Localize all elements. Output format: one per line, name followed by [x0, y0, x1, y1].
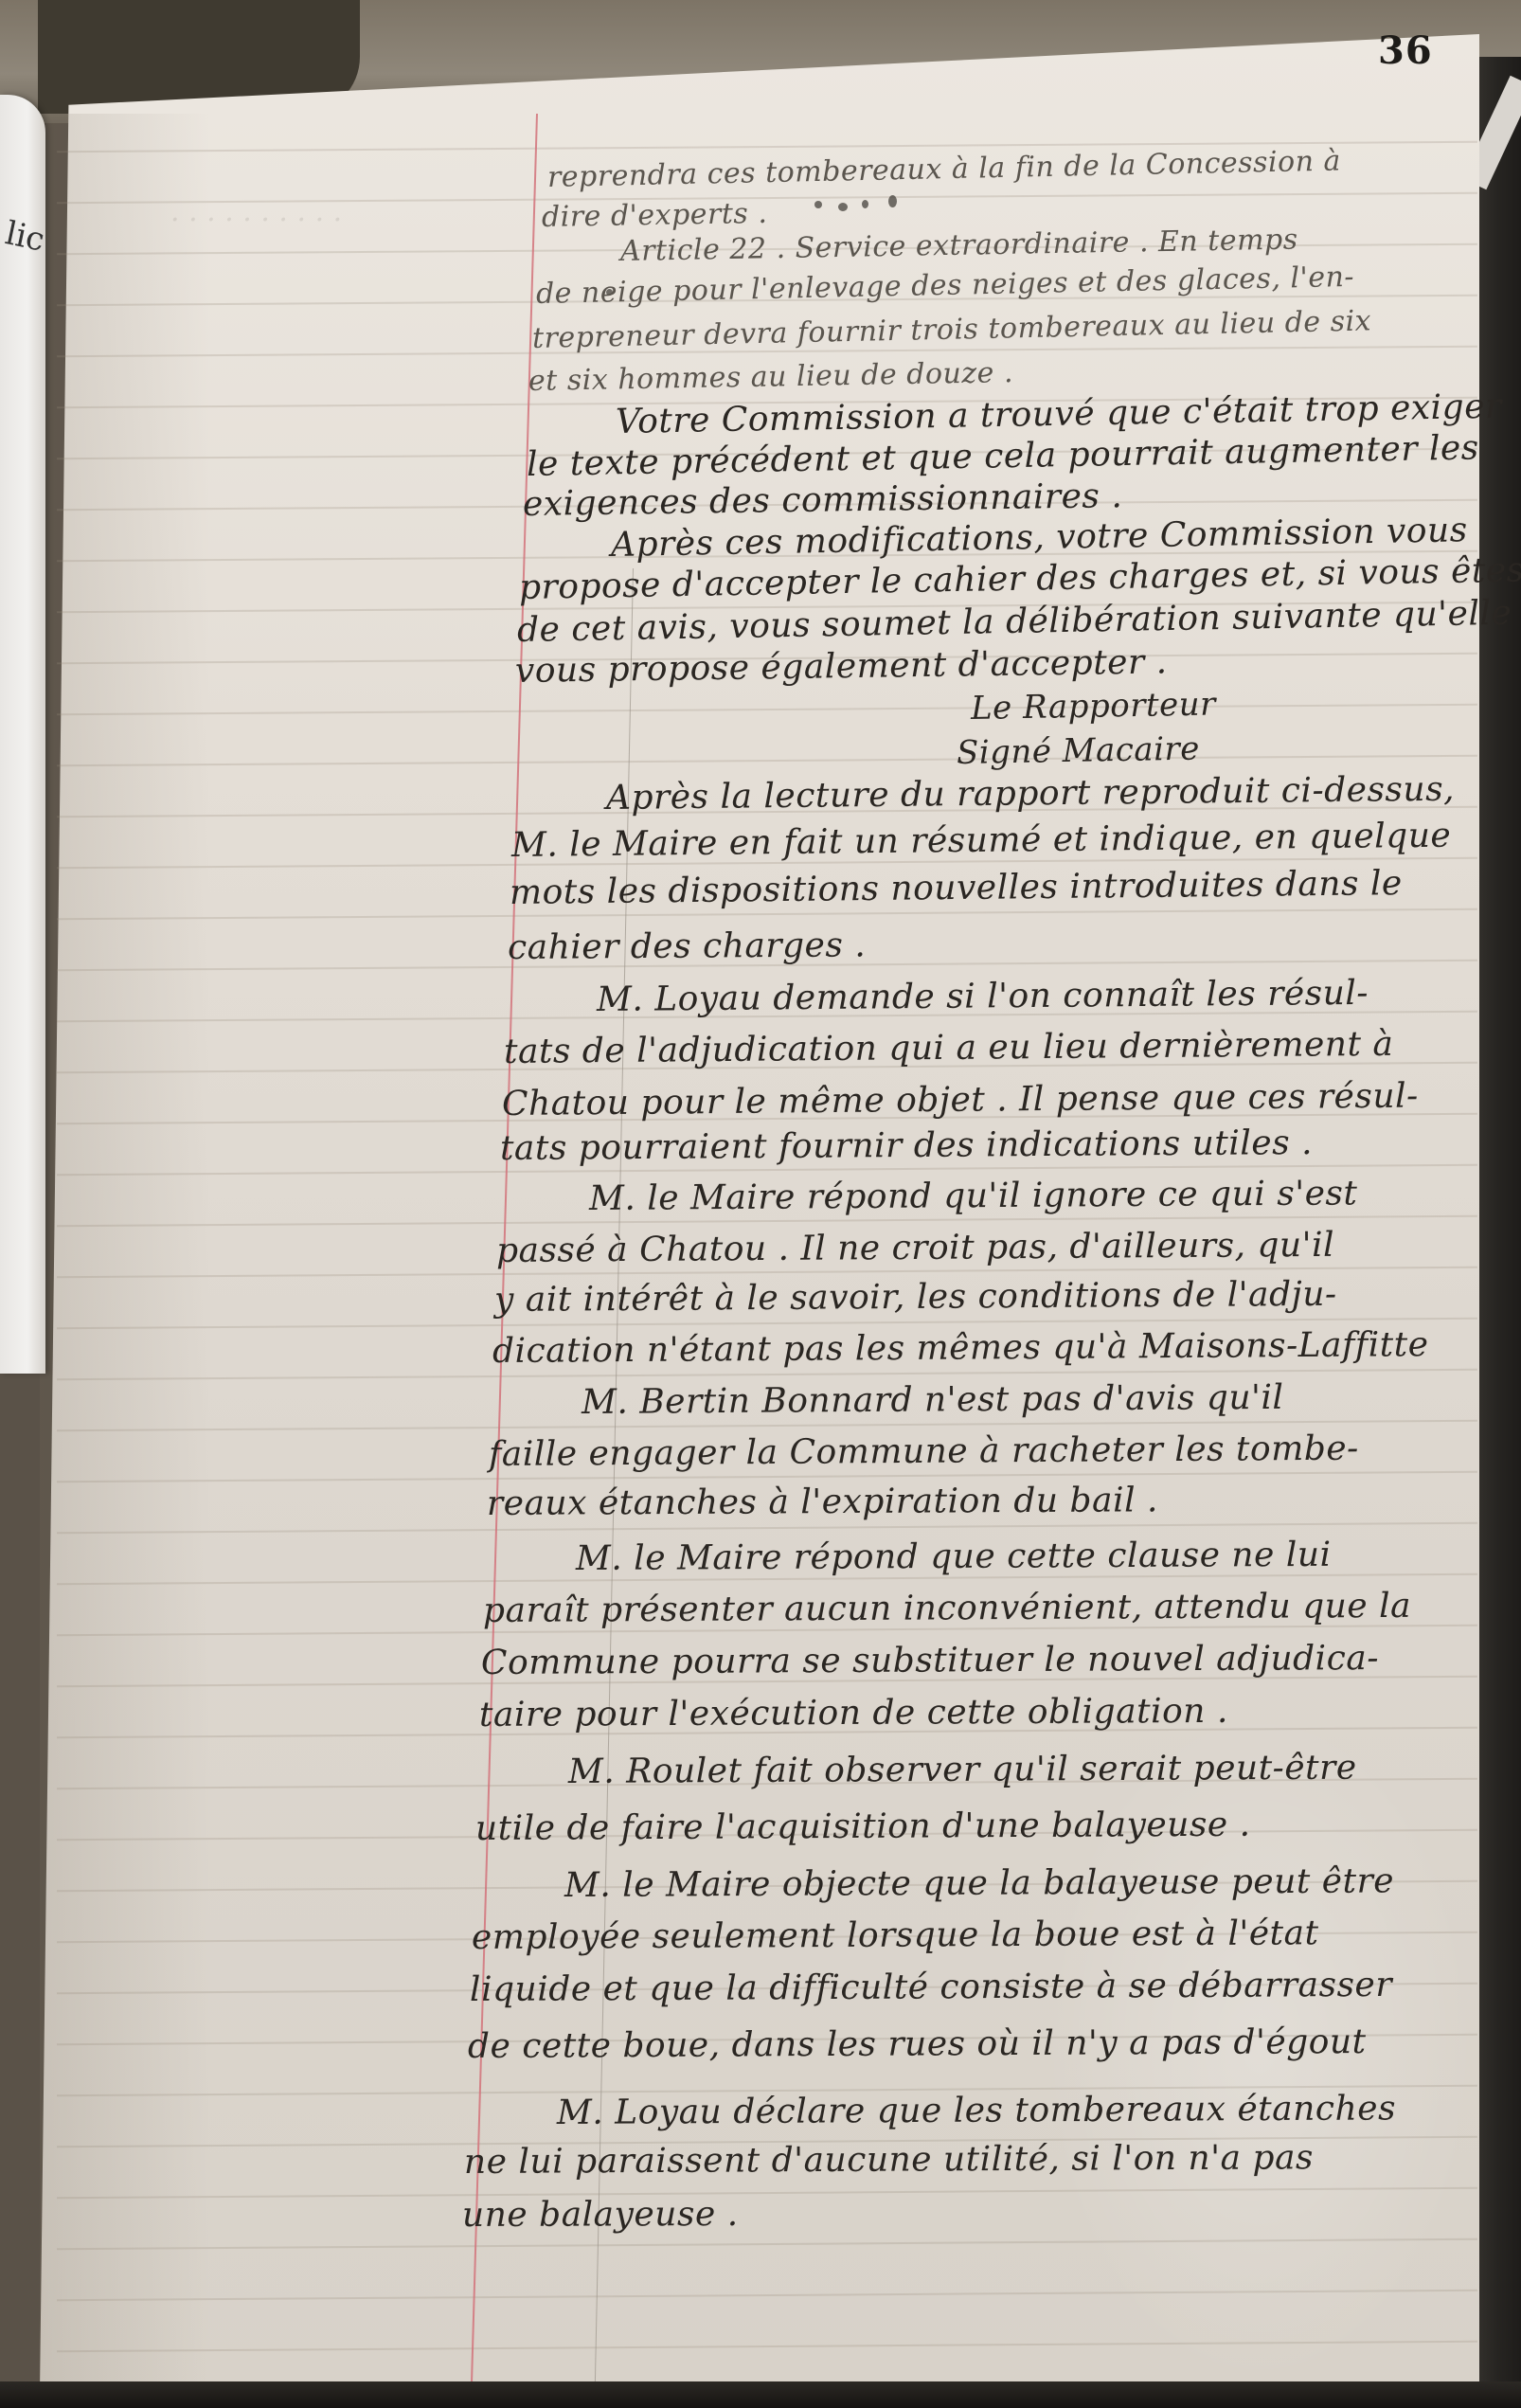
text-line: taire pour l'exécution de cette obligati…	[479, 1692, 1228, 1734]
text-line: M. le Maire répond que cette clause ne l…	[576, 1536, 1332, 1578]
page-number: 36	[1378, 28, 1433, 73]
text-line: Le Rapporteur	[971, 685, 1217, 728]
text-line: ne lui paraissent d'aucune utilité, si l…	[464, 2138, 1314, 2182]
text-line: liquide et que la difficulté consiste à …	[470, 1966, 1392, 2009]
text-line: M. Bertin Bonnard n'est pas d'avis qu'il	[582, 1378, 1284, 1422]
text-line: M. Roulet fait observer qu'il serait peu…	[568, 1749, 1357, 1791]
text-line: M. Loyau demande si l'on connaît les rés…	[597, 974, 1369, 1019]
text-line: M. le Maire répond qu'il ignore ce qui s…	[589, 1174, 1358, 1218]
text-line: M. Loyau déclare que les tombereaux étan…	[557, 2089, 1396, 2132]
ink-blot	[838, 203, 848, 211]
ink-blot	[862, 200, 868, 208]
facing-page-edge: lic	[0, 95, 45, 1374]
text-line: y ait intérêt à le savoir, les condition…	[494, 1275, 1337, 1320]
facing-page-text: lic	[2, 214, 47, 260]
background-bottom-edge	[0, 2381, 1521, 2408]
text-line: passé à Chatou . Il ne croit pas, d'aill…	[496, 1226, 1334, 1270]
text-line: employée seulement lorsque la boue est à…	[472, 1914, 1319, 1957]
text-line: une balayeuse .	[462, 2195, 739, 2235]
text-line: M. le Maire objecte que la balayeuse peu…	[564, 1861, 1394, 1905]
text-line: faille engager la Commune à racheter les…	[489, 1429, 1359, 1474]
bleed-through-text: · · · · · · · · · ·	[170, 204, 342, 237]
text-line: Signé Macaire	[957, 730, 1201, 772]
text-line: Chatou pour le même objet . Il pense que…	[502, 1077, 1419, 1123]
ink-blot	[888, 195, 897, 207]
text-line: de cette boue, dans les rues où il n'y a…	[468, 2022, 1367, 2066]
text-line: Commune pourra se substituer le nouvel a…	[481, 1639, 1379, 1682]
text-line: cahier des charges .	[508, 925, 867, 967]
text-line: paraît présenter aucun inconvénient, att…	[483, 1587, 1411, 1630]
text-line: utile de faire l'acquisition d'une balay…	[475, 1806, 1251, 1848]
text-line: dire d'experts .	[542, 197, 768, 234]
ink-blot	[814, 201, 822, 208]
text-line: reaux étanches à l'expiration du bail .	[487, 1481, 1158, 1523]
text-line: tats pourraient fournir des indications …	[500, 1123, 1313, 1168]
text-line: dication n'étant pas les mêmes qu'à Mais…	[492, 1325, 1429, 1371]
text-line: tats de l'adjudication qui a eu lieu der…	[504, 1025, 1394, 1071]
